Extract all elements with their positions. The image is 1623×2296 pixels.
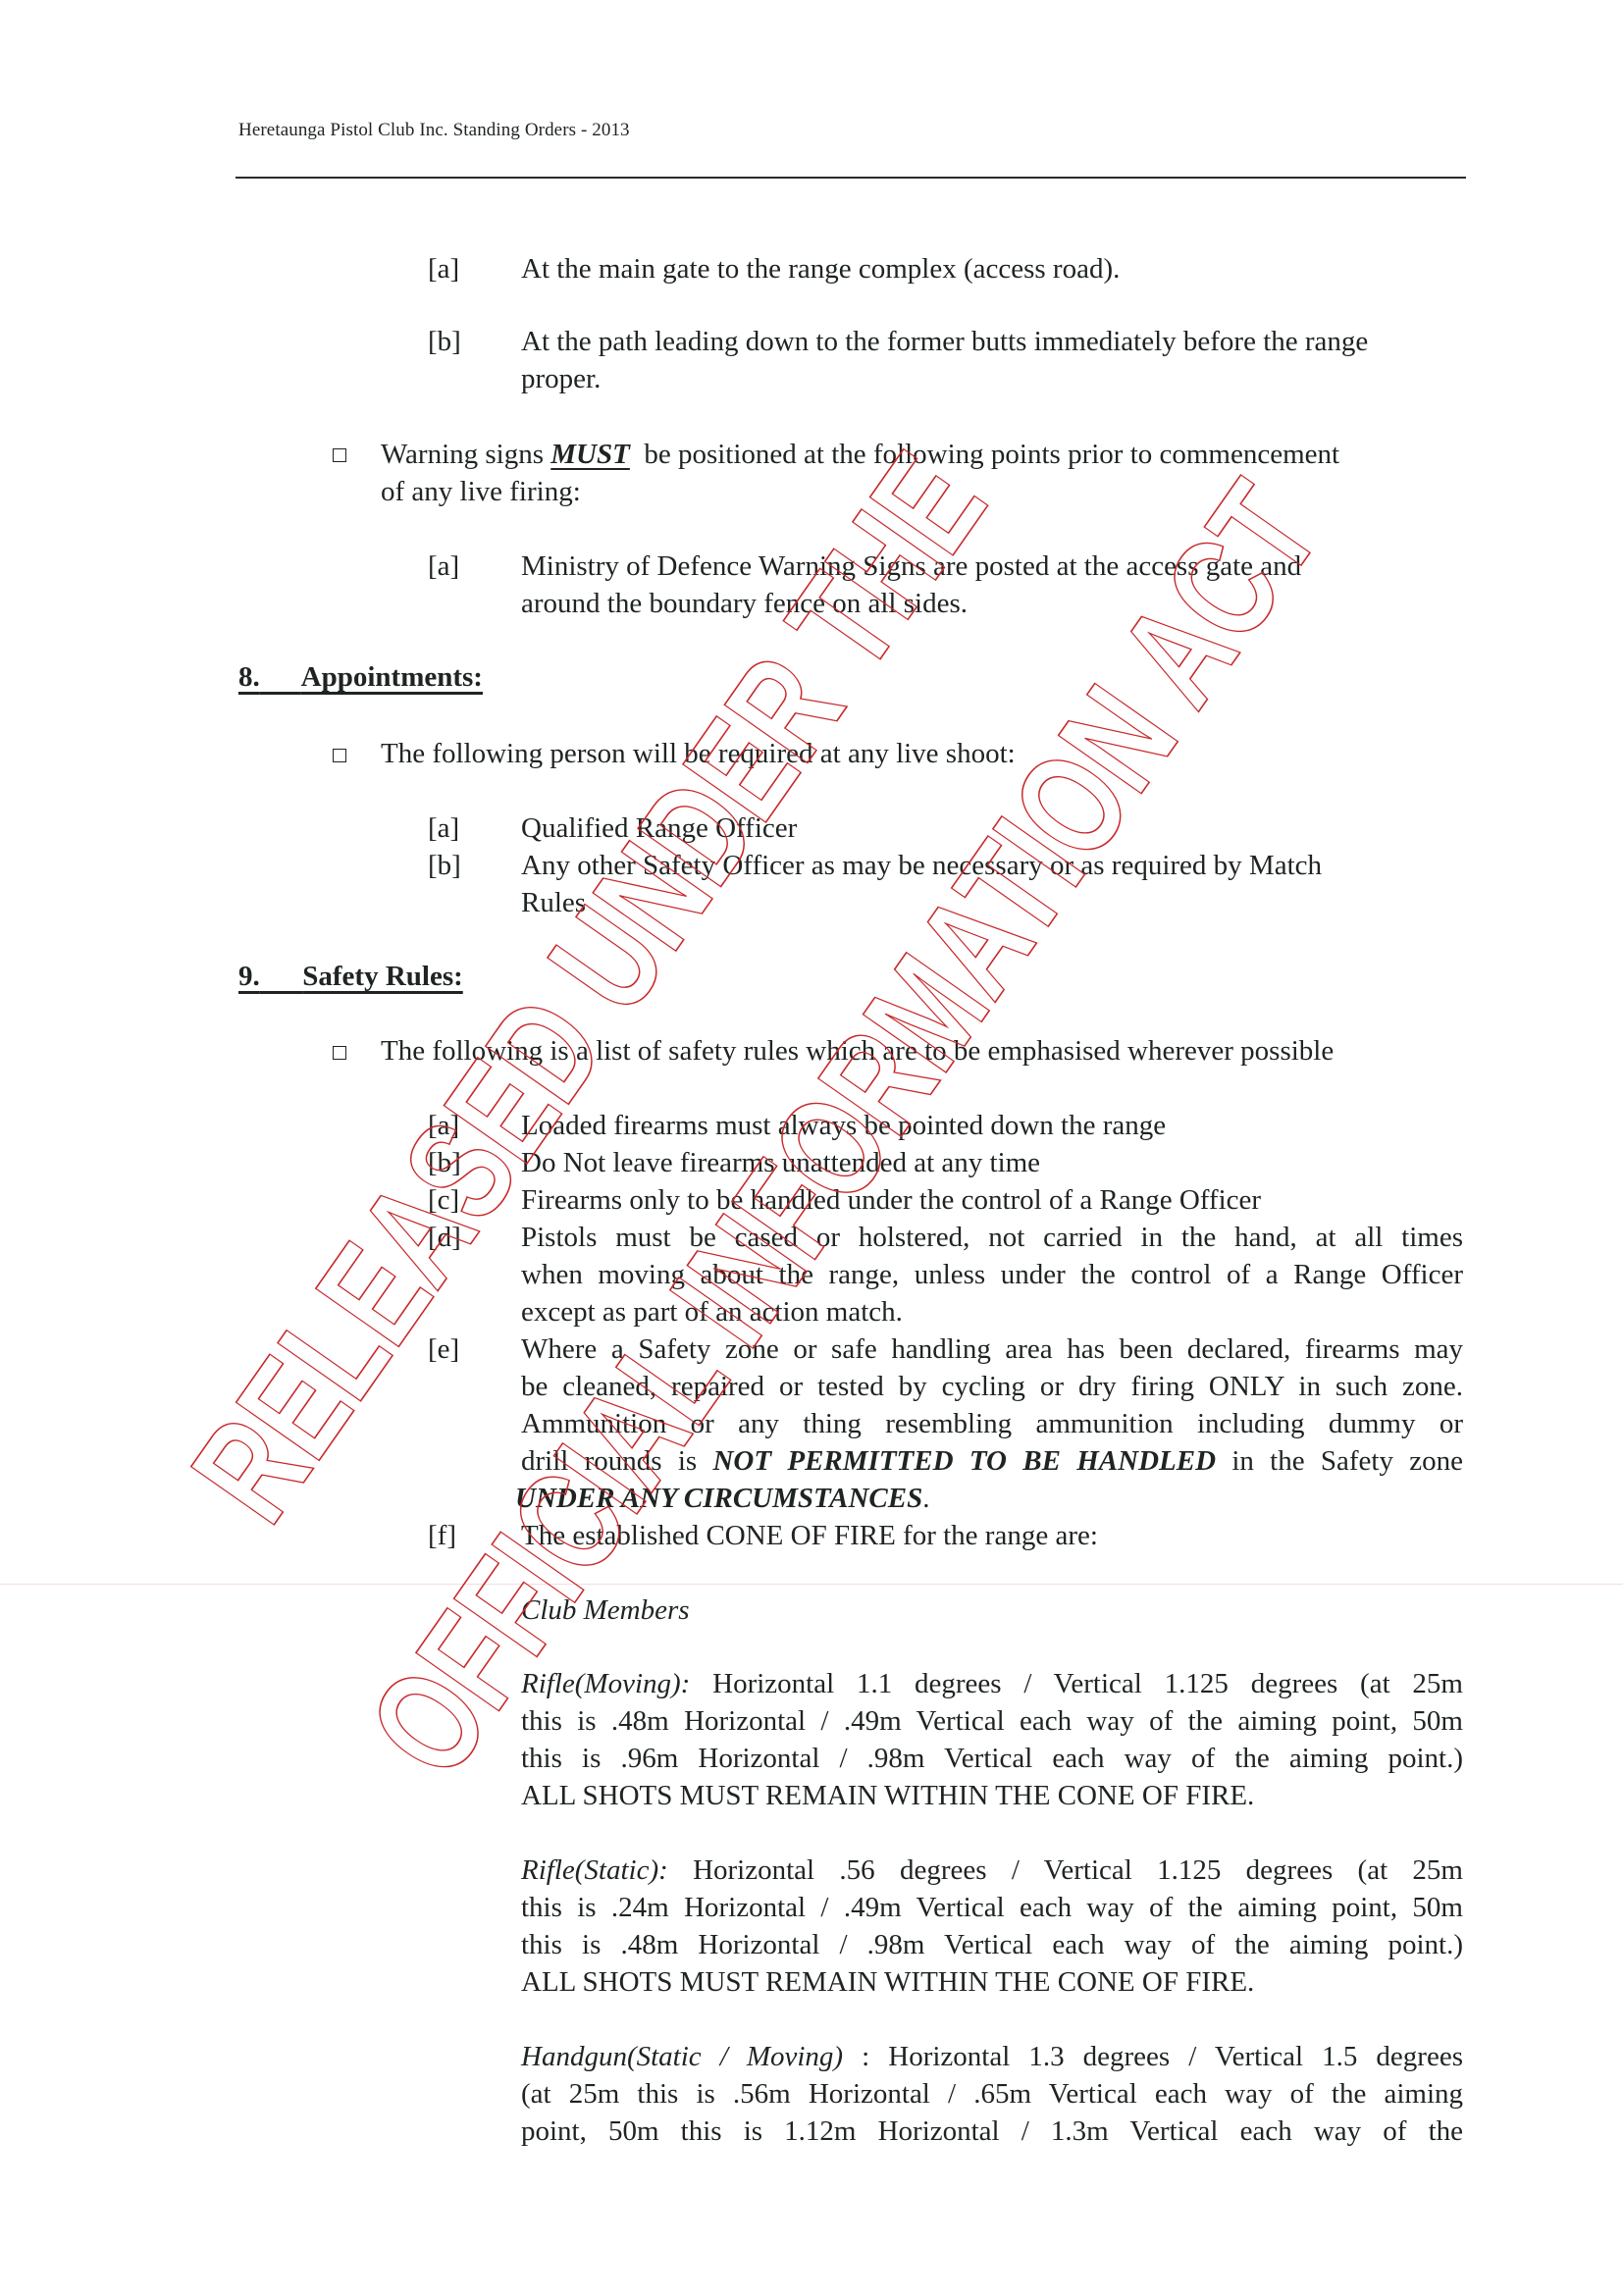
item-label: [a] <box>428 250 459 287</box>
entry-name: Handgun(Static / Moving) <box>521 2041 843 2072</box>
item-text: around the boundary fence on all sides. <box>521 585 968 622</box>
item-label: [c] <box>428 1181 459 1219</box>
item-text: proper. <box>521 360 601 397</box>
item-text: Ammunition or any thing resembling ammun… <box>521 1405 1463 1442</box>
must-emphasis: MUST <box>550 439 630 470</box>
entry-text: ALL SHOTS MUST REMAIN WITHIN THE CONE OF… <box>521 1777 1254 1814</box>
item-text: drill rounds is NOT PERMITTED TO BE HAND… <box>521 1442 1463 1480</box>
header-divider <box>236 177 1466 179</box>
entry-text: this is .48m Horizontal / .49m Vertical … <box>521 1702 1463 1740</box>
item-text: when moving about the range, unless unde… <box>521 1256 1463 1293</box>
item-text: The established CONE OF FIRE for the ran… <box>521 1517 1098 1554</box>
item-text: Ministry of Defence Warning Signs are po… <box>521 548 1301 585</box>
entry-text: ALL SHOTS MUST REMAIN WITHIN THE CONE OF… <box>521 1963 1254 2001</box>
item-text: UNDER ANY CIRCUMSTANCES. <box>515 1480 930 1517</box>
entry-text: this is .96m Horizontal / .98m Vertical … <box>521 1740 1463 1777</box>
item-text: Do Not leave firearms unattended at any … <box>521 1144 1040 1181</box>
emphasis-text: UNDER ANY CIRCUMSTANCES <box>515 1483 922 1514</box>
item-label: [d] <box>428 1219 461 1256</box>
bullet-text: The following person will be required at… <box>381 735 1016 772</box>
entry-text: point, 50m this is 1.12m Horizontal / 1.… <box>521 2113 1463 2150</box>
bullet-text-prefix: Warning signs <box>381 439 550 470</box>
item-text: be cleaned, repaired or tested by cyclin… <box>521 1368 1463 1405</box>
checkbox-bullet-icon <box>333 1046 346 1060</box>
item-text: Where a Safety zone or safe handling are… <box>521 1331 1463 1368</box>
text-run: . <box>922 1483 929 1514</box>
emphasis-text: NOT PERMITTED TO BE HANDLED <box>712 1445 1216 1477</box>
section-title: Appointments: <box>301 661 483 693</box>
cone-entry-rifle-moving: Rifle(Moving): Horizontal 1.1 degrees / … <box>521 1665 1463 1702</box>
entry-text: : Horizontal 1.3 degrees / Vertical 1.5 … <box>843 2041 1463 2072</box>
section-title: Safety Rules: <box>302 961 463 992</box>
item-text: Pistols must be cased or holstered, not … <box>521 1219 1463 1256</box>
cone-entry-handgun: Handgun(Static / Moving) : Horizontal 1.… <box>521 2038 1463 2075</box>
item-text: Any other Safety Officer as may be neces… <box>521 847 1322 884</box>
text-run: drill rounds is <box>521 1445 712 1477</box>
item-label: [b] <box>428 323 461 360</box>
entry-text: (at 25m this is .56m Horizontal / .65m V… <box>521 2075 1463 2113</box>
bullet-text: of any live firing: <box>381 473 581 510</box>
item-text: Loaded firearms must always be pointed d… <box>521 1107 1166 1144</box>
item-label: [a] <box>428 809 459 847</box>
checkbox-bullet-icon <box>333 749 346 762</box>
bullet-text-suffix: be positioned at the following points pr… <box>630 439 1339 470</box>
item-text: At the main gate to the range complex (a… <box>521 250 1120 287</box>
entry-text: Horizontal .56 degrees / Vertical 1.125 … <box>668 1854 1463 1886</box>
checkbox-bullet-icon <box>333 448 346 462</box>
item-text: except as part of an action match. <box>521 1293 903 1331</box>
entry-text: this is .48m Horizontal / .98m Vertical … <box>521 1926 1463 1963</box>
subheading-club-members: Club Members <box>521 1592 690 1629</box>
item-label: [b] <box>428 1144 461 1181</box>
item-text: Qualified Range Officer <box>521 809 797 847</box>
entry-text: Horizontal 1.1 degrees / Vertical 1.125 … <box>690 1668 1463 1699</box>
bullet-text: Warning signs MUST be positioned at the … <box>381 436 1339 473</box>
entry-text: this is .24m Horizontal / .49m Vertical … <box>521 1889 1463 1926</box>
item-label: [b] <box>428 847 461 884</box>
section-number: 8. <box>238 661 260 693</box>
item-text: Firearms only to be handled under the co… <box>521 1181 1261 1219</box>
bullet-text: The following is a list of safety rules … <box>381 1032 1334 1070</box>
entry-name: Rifle(Static): <box>521 1854 668 1886</box>
section-heading-8: 8. Appointments: <box>238 658 483 696</box>
item-label: [a] <box>428 1107 459 1144</box>
running-header: Heretaunga Pistol Club Inc. Standing Ord… <box>238 120 630 141</box>
item-text: Rules <box>521 884 586 921</box>
item-text: At the path leading down to the former b… <box>521 323 1368 360</box>
section-number: 9. <box>238 961 260 992</box>
document-page: Heretaunga Pistol Club Inc. Standing Ord… <box>0 0 1623 2296</box>
text-run: in the Safety zone <box>1216 1445 1463 1477</box>
item-label: [f] <box>428 1517 456 1554</box>
scan-artifact-line <box>0 1584 1623 1585</box>
entry-name: Rifle(Moving): <box>521 1668 690 1699</box>
item-label: [e] <box>428 1331 459 1368</box>
section-heading-9: 9. Safety Rules: <box>238 958 463 995</box>
item-label: [a] <box>428 548 459 585</box>
cone-entry-rifle-static: Rifle(Static): Horizontal .56 degrees / … <box>521 1852 1463 1889</box>
